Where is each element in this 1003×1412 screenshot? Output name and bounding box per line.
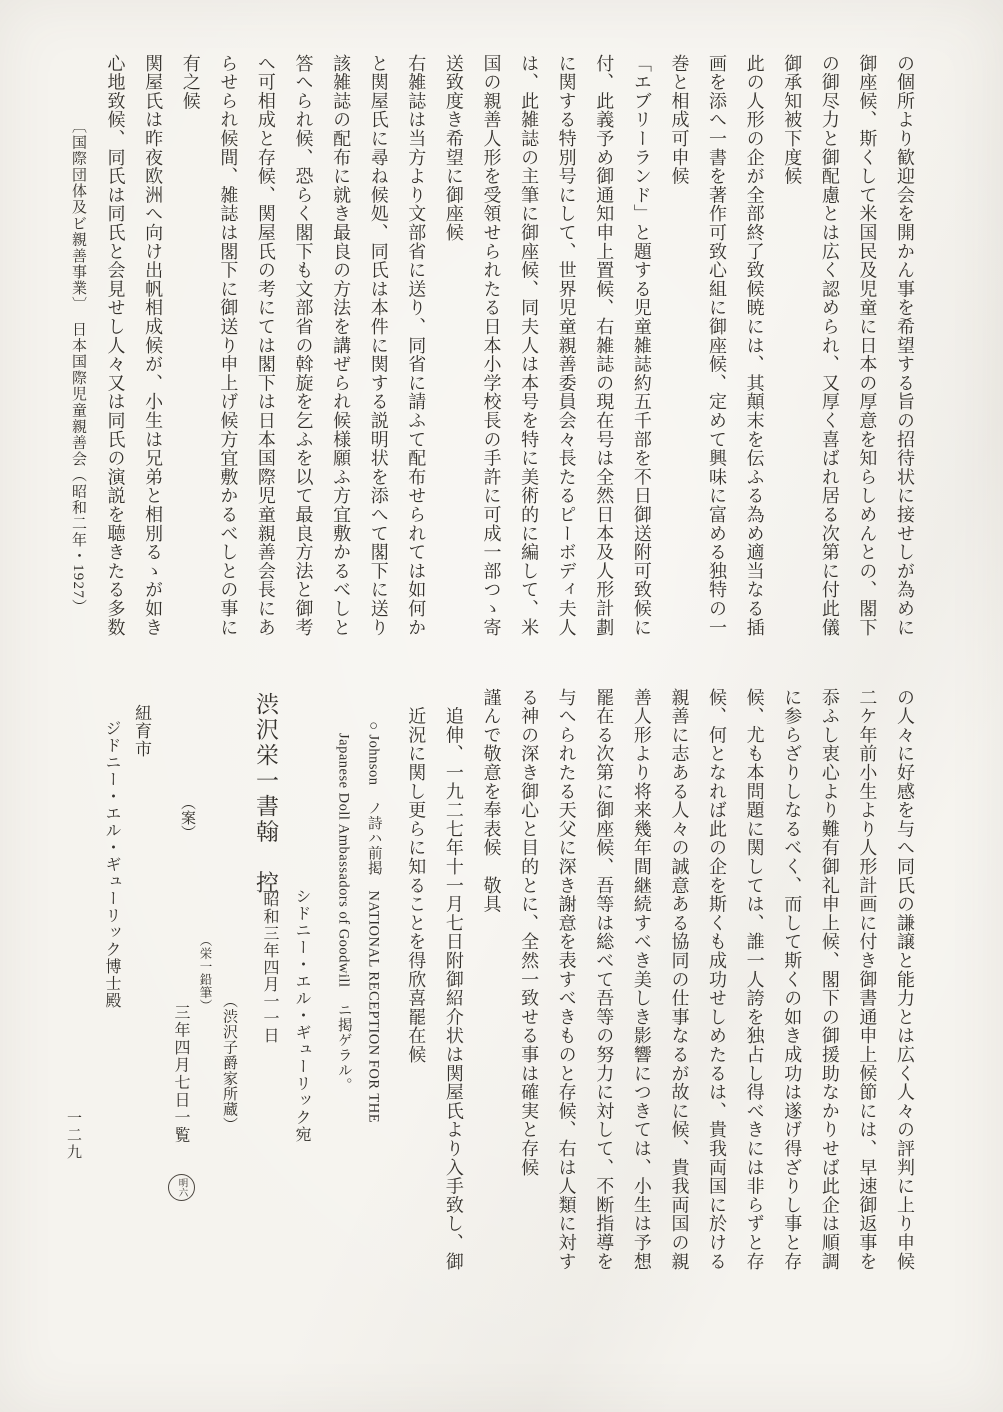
source-attribution: 〔国際団体及ビ親善事業〕 日本国際児童親善会（昭和二年・1927） <box>58 54 96 670</box>
letter-line: 二ケ年前小生より人形計画に付き御書通申上候節には、早速御返事を <box>848 688 886 1312</box>
entry-date: 昭和三年四月一一日 <box>258 891 281 1044</box>
postscript-line: 近況に関し更らに知ることを得欣喜罷在候 <box>397 688 435 1312</box>
letter-line: の御尽力と御配慮とは広く認められ、又厚く喜ばれ居る次第に付此儀 <box>810 54 848 670</box>
entry-pencil-note: （栄一鉛筆） <box>196 934 214 1012</box>
scanned-book-page: の個所より歓迎会を開かん事を希望する旨の招待状に接せしが為めに 御座候、斯くして… <box>0 0 1003 1412</box>
letter-line: 候、何となれば此の企を斯くも成功せしめたるは、貴我両国に於ける <box>697 688 735 1312</box>
letter-line: 御承知被下度候 <box>773 54 811 670</box>
letter-line: 善人形より将来幾年間継続すべき美しき影響につきては、小生は予想 <box>622 688 660 1312</box>
letter-line: 与へられたる天父に深き謝意を表すべきものと存候、右は人類に対す <box>547 688 585 1312</box>
letter-line: に関する特別号にして、世界児童親善委員会々長たるピーボディ夫人 <box>547 54 585 670</box>
letter-line: 巻と相成可申候 <box>660 54 698 670</box>
entry-addressee: シドニー・エル・ギューリック宛 <box>290 888 313 1143</box>
letter-line: 心地致候、同氏は同氏と会見せし人々又は同氏の演説を聴きたる多数 <box>96 54 134 670</box>
editor-note: Japanese Doll Ambassadors of Goodwill ニ掲… <box>329 688 359 1312</box>
meiroku-seal: 明六 <box>168 1174 195 1201</box>
letter-line: 候、尤も本問題に関しては、誰一人誇を独占し得べきには非らずと存 <box>735 688 773 1312</box>
entry-recipient: ジドニー・エル・ギューリック博士殿 <box>100 720 123 1009</box>
letter-line: 御座候、斯くして米国民及児童に日本の厚意を知らしめんとの、閣下 <box>848 54 886 670</box>
letter-line: 「エブリーランド」と題する児童雑誌約五千部を不日御送附可致候に <box>622 54 660 670</box>
letter-line: 画を添へ一書を著作可致心組に御座候、定めて興味に富める独特の一 <box>697 54 735 670</box>
letter-line: は、此雑誌の主筆に御座候、同夫人は本号を特に美術的に編して、米 <box>509 54 547 670</box>
entry-city: 紐育市 <box>129 704 154 758</box>
letter-line: 罷在る次第に御座候、吾等は総べて吾等の努力に対して、不断指導を <box>585 688 623 1312</box>
editor-note: ○Johnson ノ詩ハ前掲 NATIONAL RECEPTION FOR TH… <box>359 688 389 1312</box>
letter-line: 親善に志ある人々の誠意ある協同の仕事なるが故に候、貴我両国の親 <box>660 688 698 1312</box>
letter-line: 送致度き希望に御座候 <box>434 54 472 670</box>
letter-body-top: の個所より歓迎会を開かん事を希望する旨の招待状に接せしが為めに 御座候、斯くして… <box>55 54 923 670</box>
letter-line: らせられ候間、雑誌は閣下に御送り申上げ候方宜敷かるべしとの事に <box>209 54 247 670</box>
letter-line: 国の親善人形を受領せられたる日本小学校長の手許に可成一部つゝ寄 <box>472 54 510 670</box>
letter-line: に参らざりしなるべく、而して斯くの如き成功は遂げ得ざりし事と存 <box>773 688 811 1312</box>
letter-line: の個所より歓迎会を開かん事を希望する旨の招待状に接せしが為めに <box>885 54 923 670</box>
letter-body-bottom: の人々に好感を与へ同氏の謙譲と能力とは広く人々の評判に上り申候 二ケ年前小生より… <box>323 688 923 1312</box>
letter-line: へ可相成と存候、関屋氏の考にては閣下は日本国際児童親善会長にあ <box>246 54 284 670</box>
postscript-line: 追伸、一九二七年十一月七日附御紹介状は関屋氏より入手致し、御 <box>434 688 472 1312</box>
meiroku-seal-text: 明六 <box>177 1178 187 1197</box>
letter-line: 付、此義予め御通知申上置候、右雑誌の現在号は全然日本及人形計劃 <box>585 54 623 670</box>
letter-line: 答へられ候、恐らく閣下も文部省の斡旋を乞ふを以て最良方法と御考 <box>284 54 322 670</box>
letter-line: 有之候 <box>171 54 209 670</box>
letter-line: 関屋氏は昨夜欧洲へ向け出帆相成候が、小生は兄弟と相別るゝが如き <box>134 54 172 670</box>
letter-line: の人々に好感を与へ同氏の謙譲と能力とは広く人々の評判に上り申候 <box>885 688 923 1312</box>
entry-pencil-date-note: 三年四月七日一覧 <box>169 1004 192 1144</box>
closing-line: 謹んで敬意を奉表候 敬具 <box>472 688 510 1312</box>
entry-draft-label: （案） <box>177 795 198 840</box>
entry-title: 渋沢栄一書翰 控 <box>249 692 282 896</box>
letter-line: 右雑誌は当方より文部省に送り、同省に請ふて配布せられては如何か <box>397 54 435 670</box>
entry-collection-note: （渋沢子爵家所蔵） <box>219 993 240 1133</box>
letter-line: 此の人形の企が全部終了致候暁には、其顛末を伝ふる為め適当なる插 <box>735 54 773 670</box>
page-number: 一二九 <box>63 1110 84 1161</box>
letter-line: 忝ふし衷心より難有御礼申上候、閣下の御援助なかりせば此企は順調 <box>810 688 848 1312</box>
letter-line: る神の深き御心と目的とに、全然一致せる事は確実と存候 <box>509 688 547 1312</box>
letter-line: 該雑誌の配布に就き最良の方法を講ぜられ候様願ふ方宜敷かるべしと <box>322 54 360 670</box>
letter-line: と関屋氏に尋ね候処、同氏は本件に関する説明状を添へて閣下に送り <box>359 54 397 670</box>
